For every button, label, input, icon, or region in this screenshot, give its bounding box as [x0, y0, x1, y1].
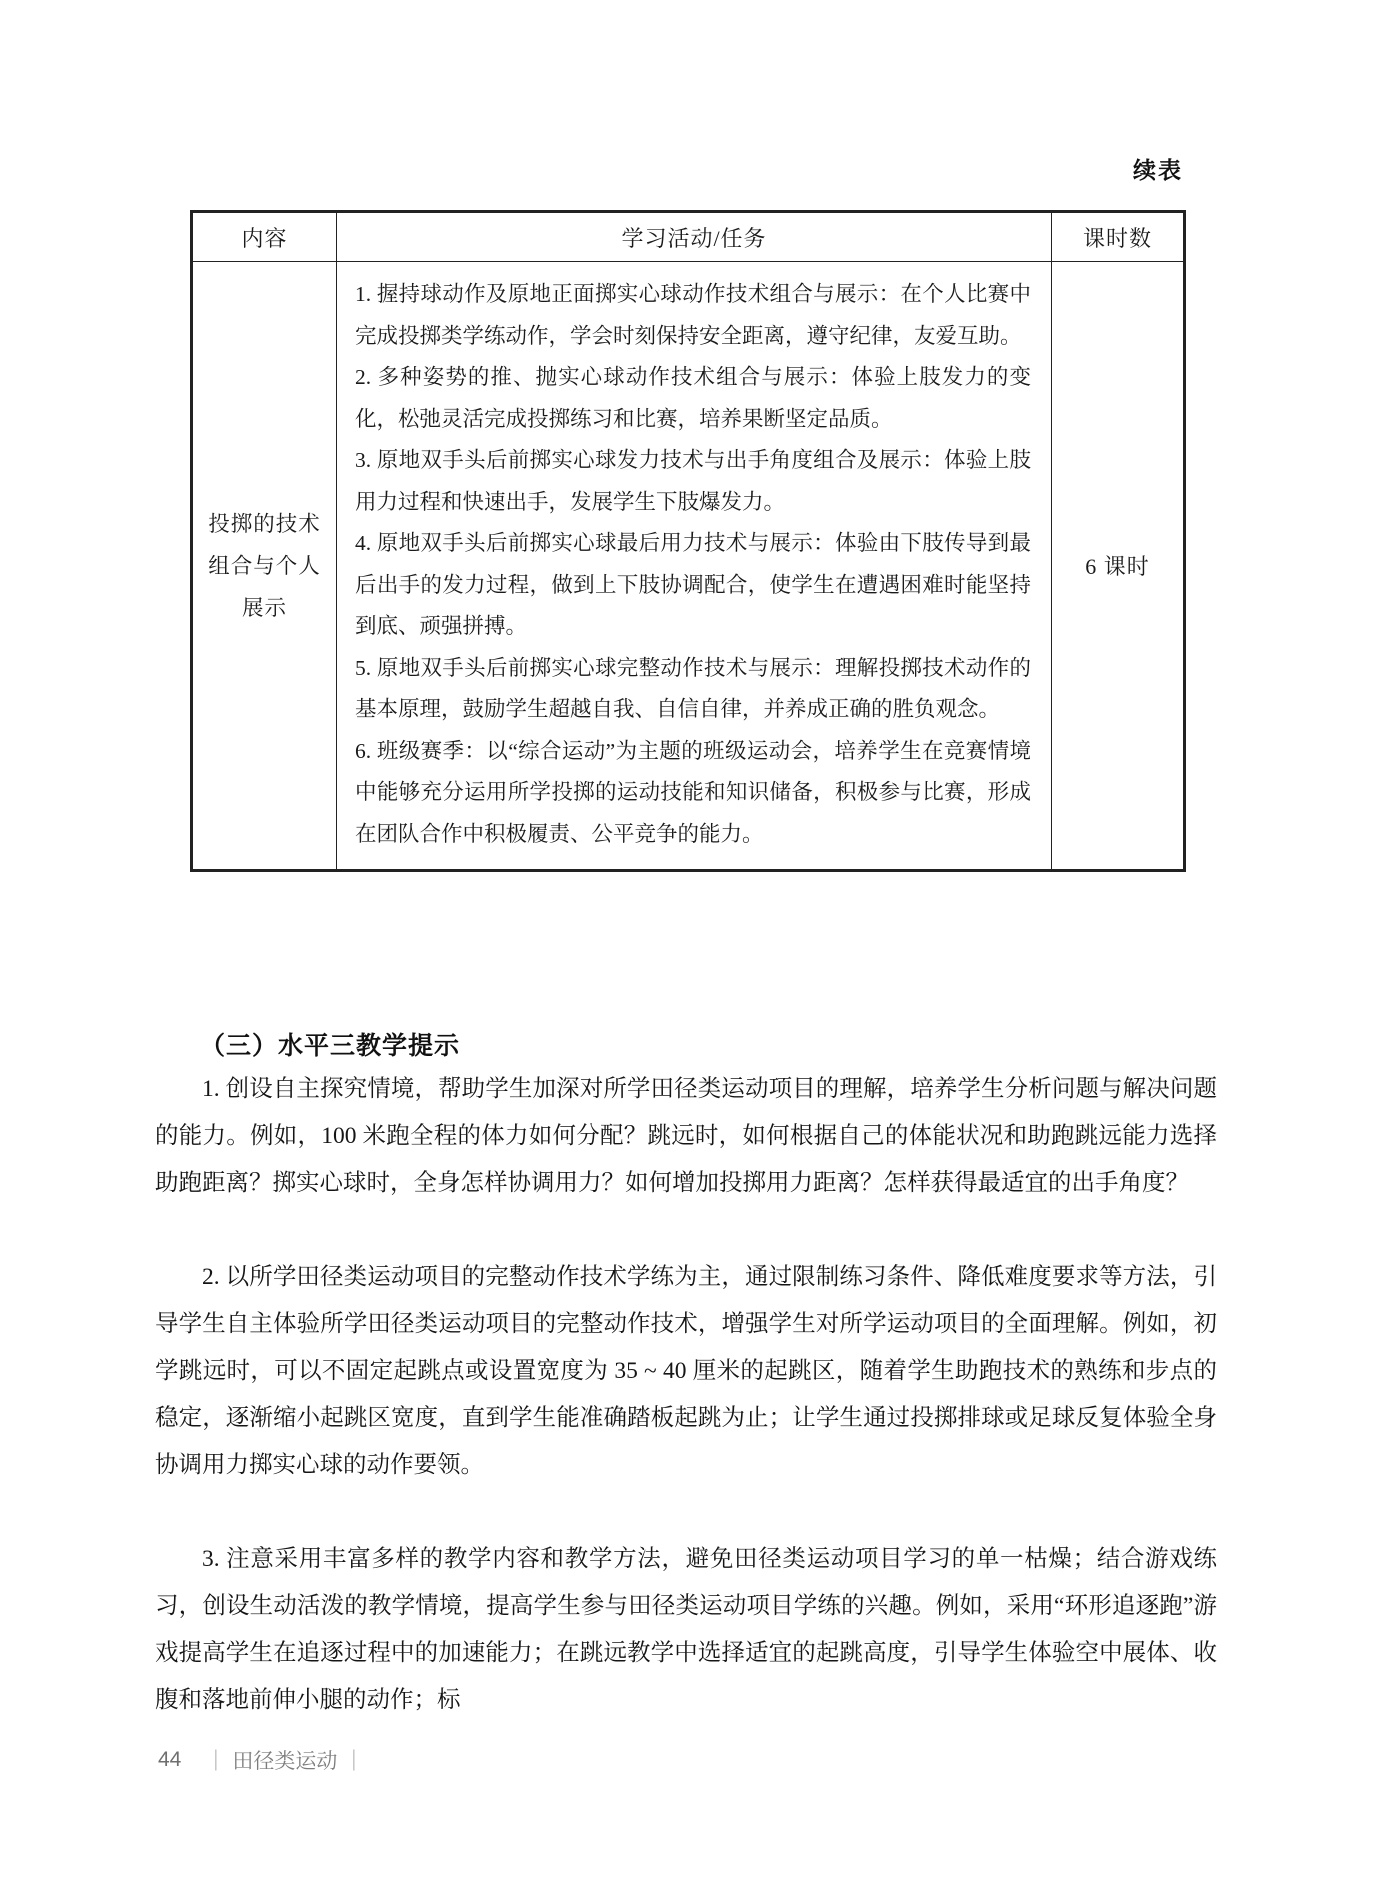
page-number: 44	[158, 1748, 181, 1772]
table-row: 投掷的技术组合与个人展示 1. 握持球动作及原地正面掷实心球动作技术组合与展示：…	[192, 262, 1185, 871]
table-header-content: 内容	[192, 212, 337, 262]
hours-cell: 6 课时	[1052, 262, 1185, 871]
activities-cell: 1. 握持球动作及原地正面掷实心球动作技术组合与展示：在个人比赛中完成投掷类学练…	[337, 262, 1052, 871]
learning-activities-table: 内容 学习活动/任务 课时数 投掷的技术组合与个人展示 1. 握持球动作及原地正…	[190, 210, 1186, 872]
table-header-hours: 课时数	[1052, 212, 1185, 262]
footer-section-label: 田径类运动	[232, 1745, 337, 1775]
footer-separator-right: ｜	[343, 1745, 364, 1775]
paragraph-1: 1. 创设自主探究情境，帮助学生加深对所学田径类运动项目的理解，培养学生分析问题…	[155, 1066, 1217, 1207]
document-page: 续表 内容 学习活动/任务 课时数 投掷的技术组合与个人展示 1. 握持球动作及…	[0, 0, 1374, 1891]
section-heading: （三）水平三教学提示	[200, 1026, 460, 1062]
paragraph-3: 3. 注意采用丰富多样的教学内容和教学方法，避免田径类运动项目学习的单一枯燥；结…	[155, 1536, 1217, 1724]
footer-separator-left: ｜	[205, 1745, 226, 1775]
activity-item-3: 3. 原地双手头后前掷实心球发力技术与出手角度组合及展示：体验上肢用力过程和快速…	[355, 440, 1031, 523]
content-cell-text: 投掷的技术组合与个人展示	[207, 503, 323, 629]
table-header-row: 内容 学习活动/任务 课时数	[192, 212, 1185, 262]
activity-item-2: 2. 多种姿势的推、抛实心球动作技术组合与展示：体验上肢发力的变化，松弛灵活完成…	[355, 357, 1031, 440]
activity-item-1: 1. 握持球动作及原地正面掷实心球动作技术组合与展示：在个人比赛中完成投掷类学练…	[355, 274, 1031, 357]
activity-item-5: 5. 原地双手头后前掷实心球完整动作技术与展示：理解投掷技术动作的基本原理，鼓励…	[355, 648, 1031, 731]
table-header-activities: 学习活动/任务	[337, 212, 1052, 262]
continued-table-label: 续表	[190, 152, 1183, 185]
activity-item-6: 6. 班级赛季：以“综合运动”为主题的班级运动会，培养学生在竞赛情境中能够充分运…	[355, 731, 1031, 856]
paragraph-2: 2. 以所学田径类运动项目的完整动作技术学练为主，通过限制练习条件、降低难度要求…	[155, 1254, 1217, 1489]
content-cell: 投掷的技术组合与个人展示	[192, 262, 337, 871]
page-footer: 44 ｜ 田径类运动 ｜	[158, 1745, 364, 1775]
activity-item-4: 4. 原地双手头后前掷实心球最后用力技术与展示：体验由下肢传导到最后出手的发力过…	[355, 523, 1031, 648]
